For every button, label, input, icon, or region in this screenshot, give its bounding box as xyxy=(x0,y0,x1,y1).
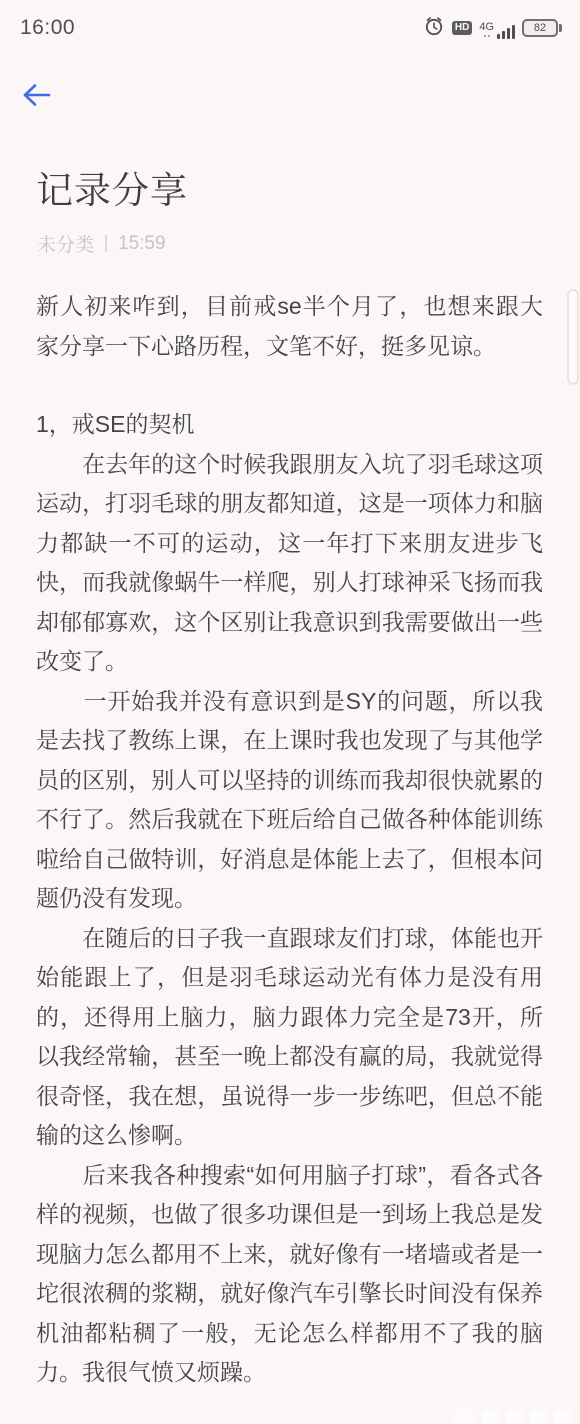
hd-volte-icon: HD xyxy=(452,21,472,35)
post-view: 记录分享 未分类 15:59 新人初来咋到，目前戒se半个月了，也想来跟大家分享… xyxy=(0,160,580,1393)
paragraph: 后来我各种搜索“如何用脑子打球”，看各式各样的视频，也做了很多功课但是一到场上我… xyxy=(36,1156,543,1393)
post-body: 新人初来咋到，目前戒se半个月了，也想来跟大家分享一下心路历程，文笔不好，挺多见… xyxy=(36,287,543,1393)
watermark-logo-icon xyxy=(452,1408,476,1424)
notes-app-screen: 16:00 HD 4G 82 xyxy=(0,0,580,1424)
back-arrow-icon xyxy=(18,97,54,114)
category-label[interactable]: 未分类 xyxy=(37,230,94,257)
page-title: 记录分享 xyxy=(36,160,544,214)
post-meta: 未分类 15:59 xyxy=(37,230,544,257)
network-type-label: 4G xyxy=(479,22,494,33)
post-timestamp: 15:59 xyxy=(118,233,166,255)
status-time: 16:00 xyxy=(20,16,75,40)
paragraph: 在去年的这个时候我跟朋友入坑了羽毛球这项运动，打羽毛球的朋友都知道，这是一项体力… xyxy=(36,445,543,682)
signal-bars-icon xyxy=(497,25,515,39)
paragraph: 在随后的日子我一直跟球友们打球，体能也开始能跟上了，但是羽毛球运动光有体力是没有… xyxy=(36,919,543,1156)
section-heading: 1，戒SE的契机 xyxy=(36,405,543,445)
status-bar: 16:00 HD 4G 82 xyxy=(0,0,580,46)
meta-divider xyxy=(105,235,107,252)
battery-icon: 82 xyxy=(522,19,562,37)
battery-percent: 82 xyxy=(522,19,558,37)
cellular-signal-icon: 4G xyxy=(479,17,515,39)
scrollbar-thumb[interactable] xyxy=(567,289,579,385)
status-icons: HD 4G 82 xyxy=(423,15,562,42)
back-button[interactable] xyxy=(18,80,54,110)
paragraph-intro: 新人初来咋到，目前戒se半个月了，也想来跟大家分享一下心路历程，文笔不好，挺多见… xyxy=(36,287,543,366)
paragraph: 一开始我并没有意识到是SY的问题，所以我是去找了教练上课，在上课时我也发现了与其… xyxy=(36,682,543,919)
alarm-clock-icon xyxy=(423,15,445,42)
watermark xyxy=(452,1408,572,1424)
